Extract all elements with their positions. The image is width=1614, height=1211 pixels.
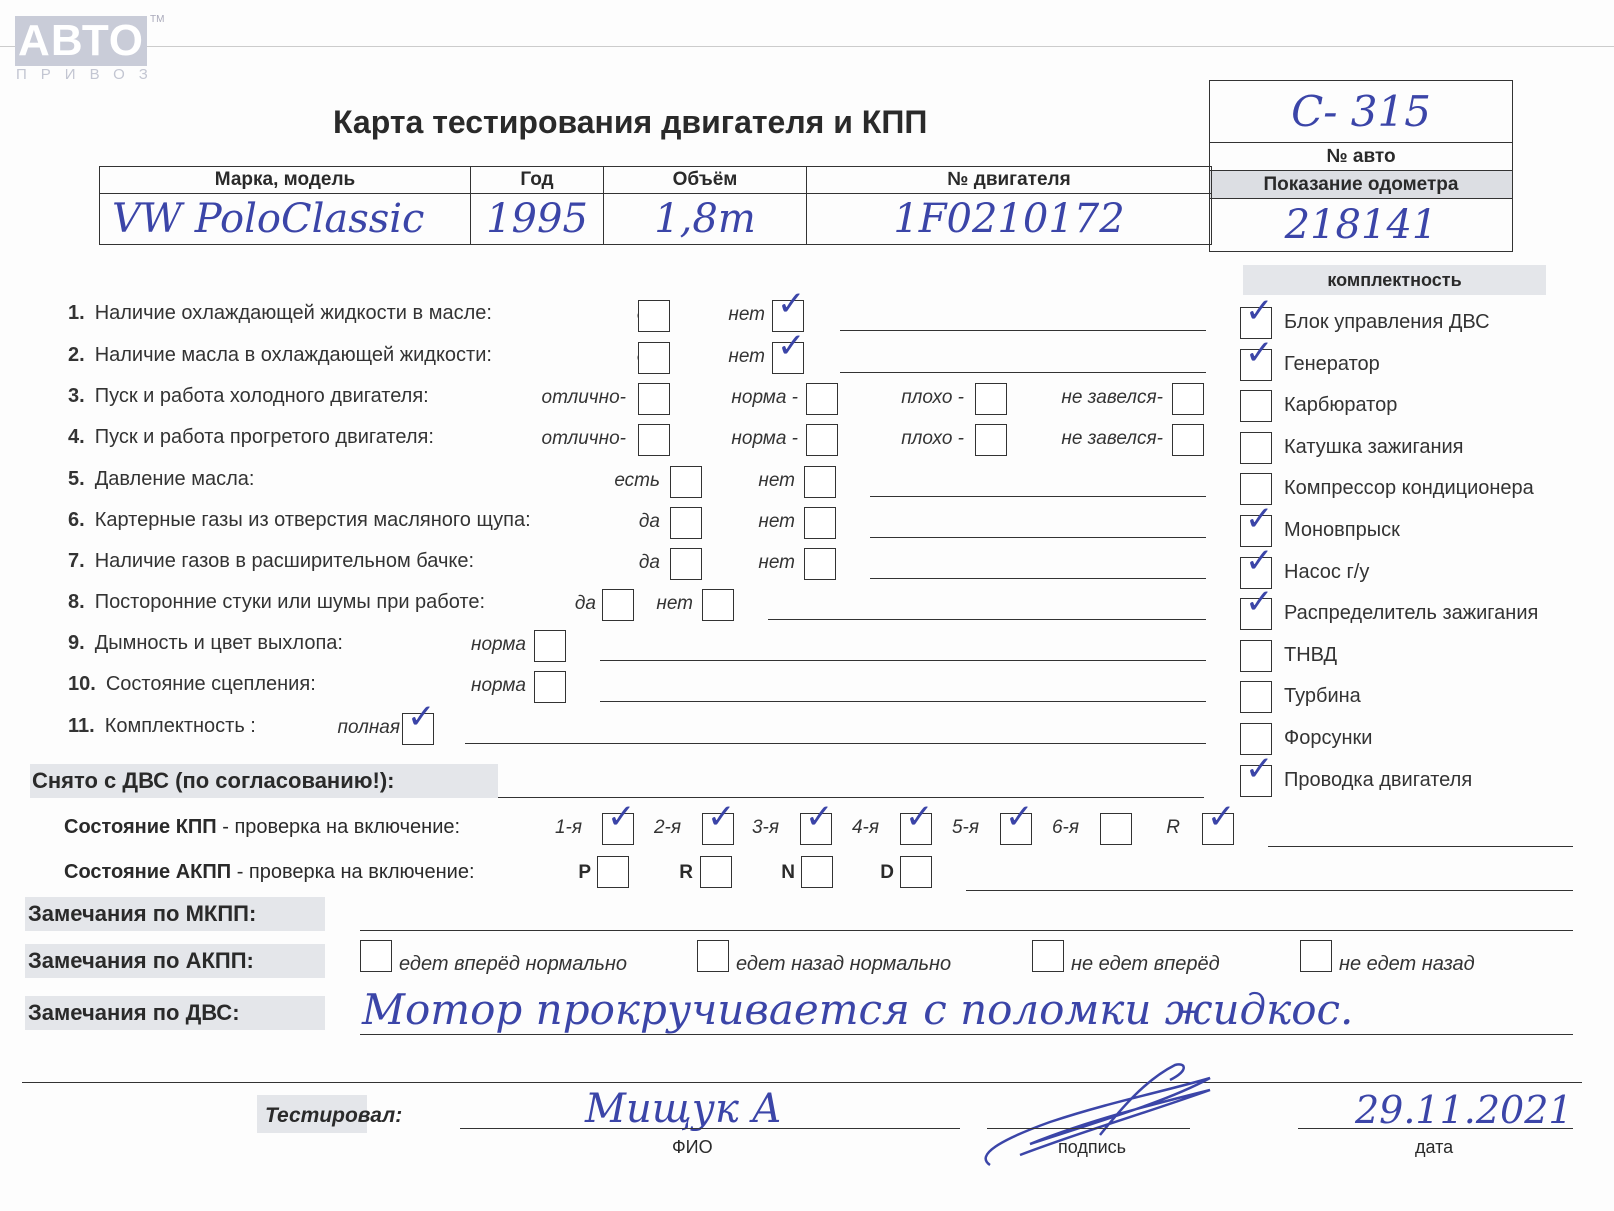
completeness-checkbox[interactable] (1240, 681, 1272, 713)
completeness-label: Блок управления ДВС (1284, 311, 1490, 334)
question-3: 3.Пуск и работа холодного двигателя: (68, 385, 429, 408)
completeness-checkbox[interactable]: ✓ (1240, 598, 1272, 630)
gear-checkbox-6-я[interactable] (1100, 813, 1132, 845)
question-text: Дымность и цвет выхлопа: (95, 632, 343, 654)
completeness-label: Турбина (1284, 685, 1361, 708)
checkbox-q2-opt1[interactable] (638, 342, 670, 374)
question-text: Пуск и работа холодного двигателя: (95, 385, 429, 407)
checkbox-q8-opt1[interactable] (602, 589, 634, 621)
auto-gear-checkbox-D[interactable] (900, 856, 932, 888)
completeness-checkbox[interactable]: ✓ (1240, 765, 1272, 797)
completeness-checkbox[interactable] (1240, 390, 1272, 422)
question-text: Состояние сцепления: (106, 673, 316, 695)
akpp-remarks-label: Замечания по АКПП: (28, 948, 254, 974)
akpp-remark-label: не едет назад (1339, 953, 1475, 976)
option-label: полная (338, 717, 401, 739)
checkbox-q3-opt3[interactable] (975, 383, 1007, 415)
option-label: не завелся- (1061, 387, 1163, 409)
notes-line[interactable] (840, 330, 1206, 331)
notes-line[interactable] (870, 496, 1206, 497)
dvs-remarks-value[interactable]: Мотор прокручивается с поломки жидкос. (362, 985, 1353, 1034)
akpp-remark-checkbox[interactable] (697, 940, 729, 972)
engine-no-value[interactable]: 1F0210172 (807, 194, 1212, 245)
removed-label: Снято с ДВС (по согласованию!): (32, 768, 395, 794)
checkmark-icon: ✓ (1245, 294, 1274, 328)
checkmark-icon: ✓ (607, 800, 636, 834)
date-value[interactable]: 29.11.2021 (1355, 1088, 1573, 1132)
option-label: норма (471, 675, 526, 697)
notes-line[interactable] (465, 743, 1206, 744)
question-number: 10. (68, 673, 96, 695)
notes-line[interactable] (600, 660, 1206, 661)
completeness-label: Компрессор кондиционера (1284, 477, 1534, 500)
checkmark-icon: ✓ (777, 329, 806, 363)
question-number: 2. (68, 344, 85, 366)
question-number: 7. (68, 550, 85, 572)
checkmark-icon: ✓ (1245, 585, 1274, 619)
question-text: Давление масла: (95, 468, 255, 490)
option-label: плохо - (901, 428, 964, 450)
divider (22, 1082, 1582, 1083)
odometer-value[interactable]: 218141 (1210, 199, 1512, 251)
gear-checkbox-5-я[interactable]: ✓ (1000, 813, 1032, 845)
option-label: нет (656, 593, 693, 615)
option-label: нет (758, 552, 795, 574)
completeness-label: Распределитель зажигания (1284, 602, 1538, 625)
option-label: нет (758, 511, 795, 533)
question-number: 8. (68, 591, 85, 613)
option-label: норма (471, 634, 526, 656)
question-7: 7.Наличие газов в расширительном бачке: (68, 550, 474, 573)
option-label: отлично- (542, 428, 626, 450)
question-number: 5. (68, 468, 85, 490)
question-5: 5.Давление масла: (68, 468, 254, 491)
col-header-model: Марка, модель (100, 167, 471, 194)
tester-name-value[interactable]: Мищук А (585, 1086, 782, 1132)
manual-gearbox-notes-line[interactable] (1268, 846, 1573, 847)
notes-line[interactable] (840, 372, 1206, 373)
gear-checkbox-2-я[interactable]: ✓ (702, 813, 734, 845)
col-header-engine-no: № двигателя (807, 167, 1212, 194)
gear-checkbox-3-я[interactable]: ✓ (800, 813, 832, 845)
completeness-label: Карбюратор (1284, 394, 1397, 417)
checkbox-q6-opt1[interactable] (670, 507, 702, 539)
option-label: да (575, 593, 596, 615)
checkbox-q3-opt1[interactable] (638, 383, 670, 415)
completeness-label: Катушка зажигания (1284, 436, 1464, 459)
completeness-label: Проводка двигателя (1284, 769, 1472, 792)
akpp-remark-label: не едет вперёд (1071, 953, 1220, 976)
signature-caption: подпись (1058, 1137, 1126, 1158)
removed-input-line[interactable] (498, 797, 1204, 798)
checkbox-q4-opt2[interactable] (806, 424, 838, 456)
option-label: есть (614, 470, 660, 492)
question-8: 8.Посторонние стуки или шумы при работе: (68, 591, 485, 614)
checkbox-q4-opt1[interactable] (638, 424, 670, 456)
checkmark-icon: ✓ (407, 700, 436, 734)
checkmark-icon: ✓ (905, 800, 934, 834)
checkbox-q7-opt1[interactable] (670, 548, 702, 580)
gear-label: 5-я (952, 817, 979, 839)
akpp-remark-label: едет назад нормально (736, 953, 951, 976)
model-value[interactable]: VW PoloClassic (100, 194, 471, 245)
logo: АВТО (15, 16, 147, 66)
akpp-remark-checkbox[interactable] (1032, 940, 1064, 972)
question-text: Картерные газы из отверстия масляного щу… (95, 509, 531, 531)
checkbox-q3-opt2[interactable] (806, 383, 838, 415)
page-title: Карта тестирования двигателя и КПП (333, 104, 927, 141)
checkbox-q5-opt2[interactable] (804, 466, 836, 498)
tested-by-label: Тестировал: (265, 1104, 402, 1128)
option-label: плохо - (901, 387, 964, 409)
akpp-remark-checkbox[interactable] (360, 940, 392, 972)
completeness-label: Насос г/у (1284, 561, 1369, 584)
gear-label: 3-я (752, 817, 779, 839)
year-value[interactable]: 1995 (471, 194, 604, 245)
question-number: 3. (68, 385, 85, 407)
checkmark-icon: ✓ (707, 800, 736, 834)
akpp-remark-checkbox[interactable] (1300, 940, 1332, 972)
checkbox-q7-opt2[interactable] (804, 548, 836, 580)
question-text: Наличие масла в охлаждающей жидкости: (95, 344, 492, 366)
notes-line[interactable] (870, 537, 1206, 538)
completeness-checkbox[interactable] (1240, 432, 1272, 464)
question-6: 6.Картерные газы из отверстия масляного … (68, 509, 531, 532)
checkmark-icon: ✓ (1245, 544, 1274, 578)
checkmark-icon: ✓ (1005, 800, 1034, 834)
gear-checkbox-4-я[interactable]: ✓ (900, 813, 932, 845)
car-info-box: С- 315 № авто Показание одометра 218141 (1209, 80, 1513, 252)
question-text: Наличие охлаждающей жидкости в масле: (95, 302, 492, 324)
question-4: 4.Пуск и работа прогретого двигателя: (68, 426, 434, 449)
signature-line (987, 1128, 1190, 1129)
notes-line[interactable] (870, 578, 1206, 579)
checkbox-q8-opt2[interactable] (702, 589, 734, 621)
top-rule (0, 46, 1614, 47)
col-header-year: Год (471, 167, 604, 194)
option-label: норма - (731, 428, 798, 450)
question-text: Пуск и работа прогретого двигателя: (95, 426, 434, 448)
odometer-label: Показание одометра (1210, 171, 1512, 199)
checkbox-q4-opt4[interactable] (1172, 424, 1204, 456)
option-label: норма - (731, 387, 798, 409)
question-10: 10.Состояние сцепления: (68, 673, 316, 696)
option-label: нет (728, 346, 765, 368)
option-label: да (639, 552, 660, 574)
question-number: 4. (68, 426, 85, 448)
checkbox-q5-opt1[interactable] (670, 466, 702, 498)
signature[interactable] (970, 1060, 1250, 1180)
car-number-label: № авто (1210, 143, 1512, 171)
date-caption: дата (1415, 1137, 1453, 1158)
checkmark-icon: ✓ (1207, 800, 1236, 834)
option-label: да (639, 511, 660, 533)
option-label: не завелся- (1061, 428, 1163, 450)
checkbox-q1-opt1[interactable] (638, 300, 670, 332)
manual-gearbox-label: Состояние КПП - проверка на включение: (64, 816, 460, 839)
gear-label: 1-я (555, 817, 582, 839)
checkbox-q6-opt2[interactable] (804, 507, 836, 539)
question-1: 1.Наличие охлаждающей жидкости в масле: (68, 302, 492, 325)
option-label: отлично- (542, 387, 626, 409)
auto-gear-label: P (578, 862, 591, 884)
akpp-remark-label: едет вперёд нормально (399, 953, 627, 976)
car-number-value[interactable]: С- 315 (1210, 81, 1512, 143)
auto-gear-checkbox-N[interactable] (801, 856, 833, 888)
checkbox-q11-opt1[interactable]: ✓ (402, 713, 434, 745)
checkmark-icon: ✓ (805, 800, 834, 834)
vehicle-info-table: Марка, модель Год Объём № двигателя VW P… (99, 166, 1212, 245)
notes-line[interactable] (600, 701, 1206, 702)
completeness-checkbox[interactable]: ✓ (1240, 349, 1272, 381)
completeness-label: ТНВД (1284, 644, 1337, 667)
auto-gearbox-label: Состояние АКПП - проверка на включение: (64, 861, 475, 884)
mkpp-remarks-label: Замечания по МКПП: (28, 901, 256, 927)
question-number: 9. (68, 632, 85, 654)
completeness-label: Генератор (1284, 353, 1380, 376)
tester-name-caption: ФИО (672, 1137, 713, 1158)
checkmark-icon: ✓ (777, 287, 806, 321)
auto-gear-label: R (679, 862, 693, 884)
completeness-label: Форсунки (1284, 727, 1372, 750)
date-line (1298, 1128, 1573, 1129)
option-label: нет (758, 470, 795, 492)
dvs-remarks-line (360, 1034, 1573, 1035)
checkbox-q3-opt4[interactable] (1172, 383, 1204, 415)
checkbox-q9-opt1[interactable] (534, 630, 566, 662)
option-label: нет (728, 304, 765, 326)
auto-gear-checkbox-P[interactable] (597, 856, 629, 888)
checkbox-q10-opt1[interactable] (534, 671, 566, 703)
question-number: 6. (68, 509, 85, 531)
question-9: 9.Дымность и цвет выхлопа: (68, 632, 343, 655)
mkpp-remarks-line[interactable] (360, 930, 1573, 931)
checkmark-icon: ✓ (1245, 752, 1274, 786)
volume-value[interactable]: 1,8m (604, 194, 807, 245)
gear-checkbox-R[interactable]: ✓ (1202, 813, 1234, 845)
question-text: Комплектность : (105, 715, 256, 737)
checkbox-q4-opt3[interactable] (975, 424, 1007, 456)
completeness-heading: комплектность (1243, 270, 1546, 291)
auto-gear-label: D (880, 862, 894, 884)
question-text: Посторонние стуки или шумы при работе: (95, 591, 485, 613)
gear-label: R (1166, 817, 1180, 839)
checkbox-q2-opt2[interactable]: ✓ (772, 342, 804, 374)
gear-label: 2-я (654, 817, 681, 839)
checkmark-icon: ✓ (1245, 336, 1274, 370)
completeness-checkbox[interactable] (1240, 640, 1272, 672)
notes-line[interactable] (768, 619, 1206, 620)
question-number: 11. (68, 715, 95, 737)
auto-gearbox-notes-line[interactable] (966, 890, 1573, 891)
gear-checkbox-1-я[interactable]: ✓ (602, 813, 634, 845)
question-number: 1. (68, 302, 85, 324)
logo-trademark: TM (150, 14, 164, 25)
tester-name-line (460, 1128, 960, 1129)
auto-gear-checkbox-R[interactable] (700, 856, 732, 888)
col-header-volume: Объём (604, 167, 807, 194)
dvs-remarks-label: Замечания по ДВС: (28, 1000, 240, 1026)
question-11: 11.Комплектность : (68, 715, 256, 738)
completeness-label: Моновпрыск (1284, 519, 1400, 542)
question-2: 2.Наличие масла в охлаждающей жидкости: (68, 344, 492, 367)
gear-label: 6-я (1052, 817, 1079, 839)
question-text: Наличие газов в расширительном бачке: (95, 550, 474, 572)
checkmark-icon: ✓ (1245, 502, 1274, 536)
auto-gear-label: N (781, 862, 795, 884)
gear-label: 4-я (852, 817, 879, 839)
logo-subtitle: ПРИВОЗ (16, 66, 162, 83)
